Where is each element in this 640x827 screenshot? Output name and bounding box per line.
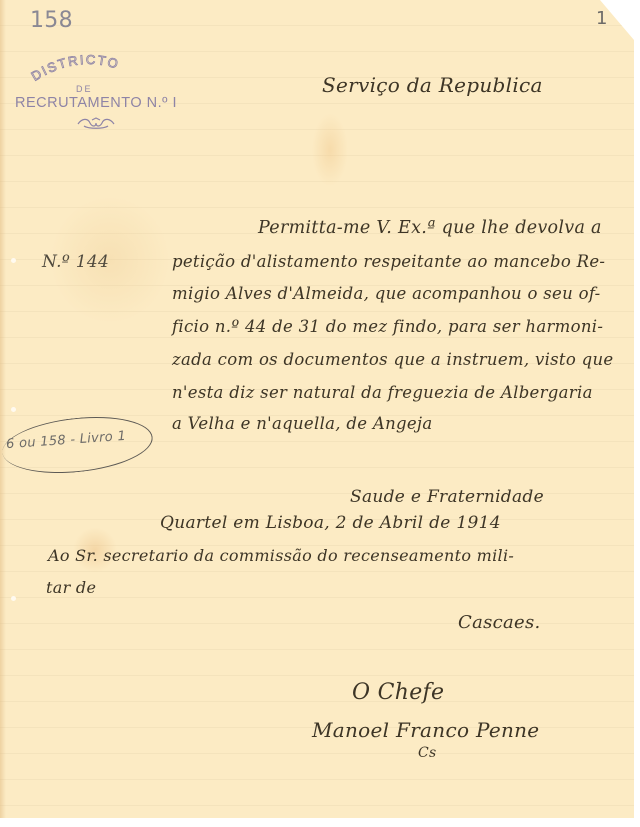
archive-number: 158 <box>30 8 73 33</box>
svg-text:DISTRICTO: DISTRICTO <box>29 52 122 84</box>
reference-number: N.º 144 <box>42 252 109 272</box>
body-line: petição d'alistamento respeitante ao man… <box>172 252 605 271</box>
stamp-de: DE <box>76 84 93 94</box>
stamp-recrutamento: RECRUTAMENTO N.º I <box>15 95 177 111</box>
body-line: a Velha e n'aquella, de Angeja <box>172 414 432 433</box>
paper-edge <box>0 0 6 818</box>
signature-name: Manoel Franco Penne <box>312 718 539 742</box>
document-page: 158 1 DISTRICTO DE RECRUTAMENTO N.º I Se… <box>0 0 634 818</box>
punch-hole <box>11 407 16 412</box>
signature-title: O Chefe <box>352 680 444 705</box>
body-line: zada com os documentos que a instruem, v… <box>172 350 614 369</box>
heading: Serviço da Republica <box>322 73 543 97</box>
body-line: migio Alves d'Almeida, que acompanhou o … <box>172 284 601 303</box>
closing: Saude e Fraternidade <box>350 487 544 507</box>
punch-hole <box>11 596 16 601</box>
body-line: Permitta-me V. Ex.ª que lhe devolva a <box>258 218 602 238</box>
body-line: ficio n.º 44 de 31 do mez findo, para se… <box>172 317 603 336</box>
page-number: 1 <box>596 8 608 29</box>
dateline: Quartel em Lisboa, 2 de Abril de 1914 <box>160 513 501 533</box>
addressee-line: Ao Sr. secretario da commissão do recens… <box>48 546 514 565</box>
addressee-place: Cascaes. <box>458 612 541 633</box>
signature-suffix: Cs <box>418 745 437 761</box>
body-line: n'esta diz ser natural da freguezia de A… <box>172 383 593 402</box>
punch-hole <box>11 258 16 263</box>
stamp-ornament-icon <box>74 116 118 130</box>
addressee-line: tar de <box>46 578 96 597</box>
